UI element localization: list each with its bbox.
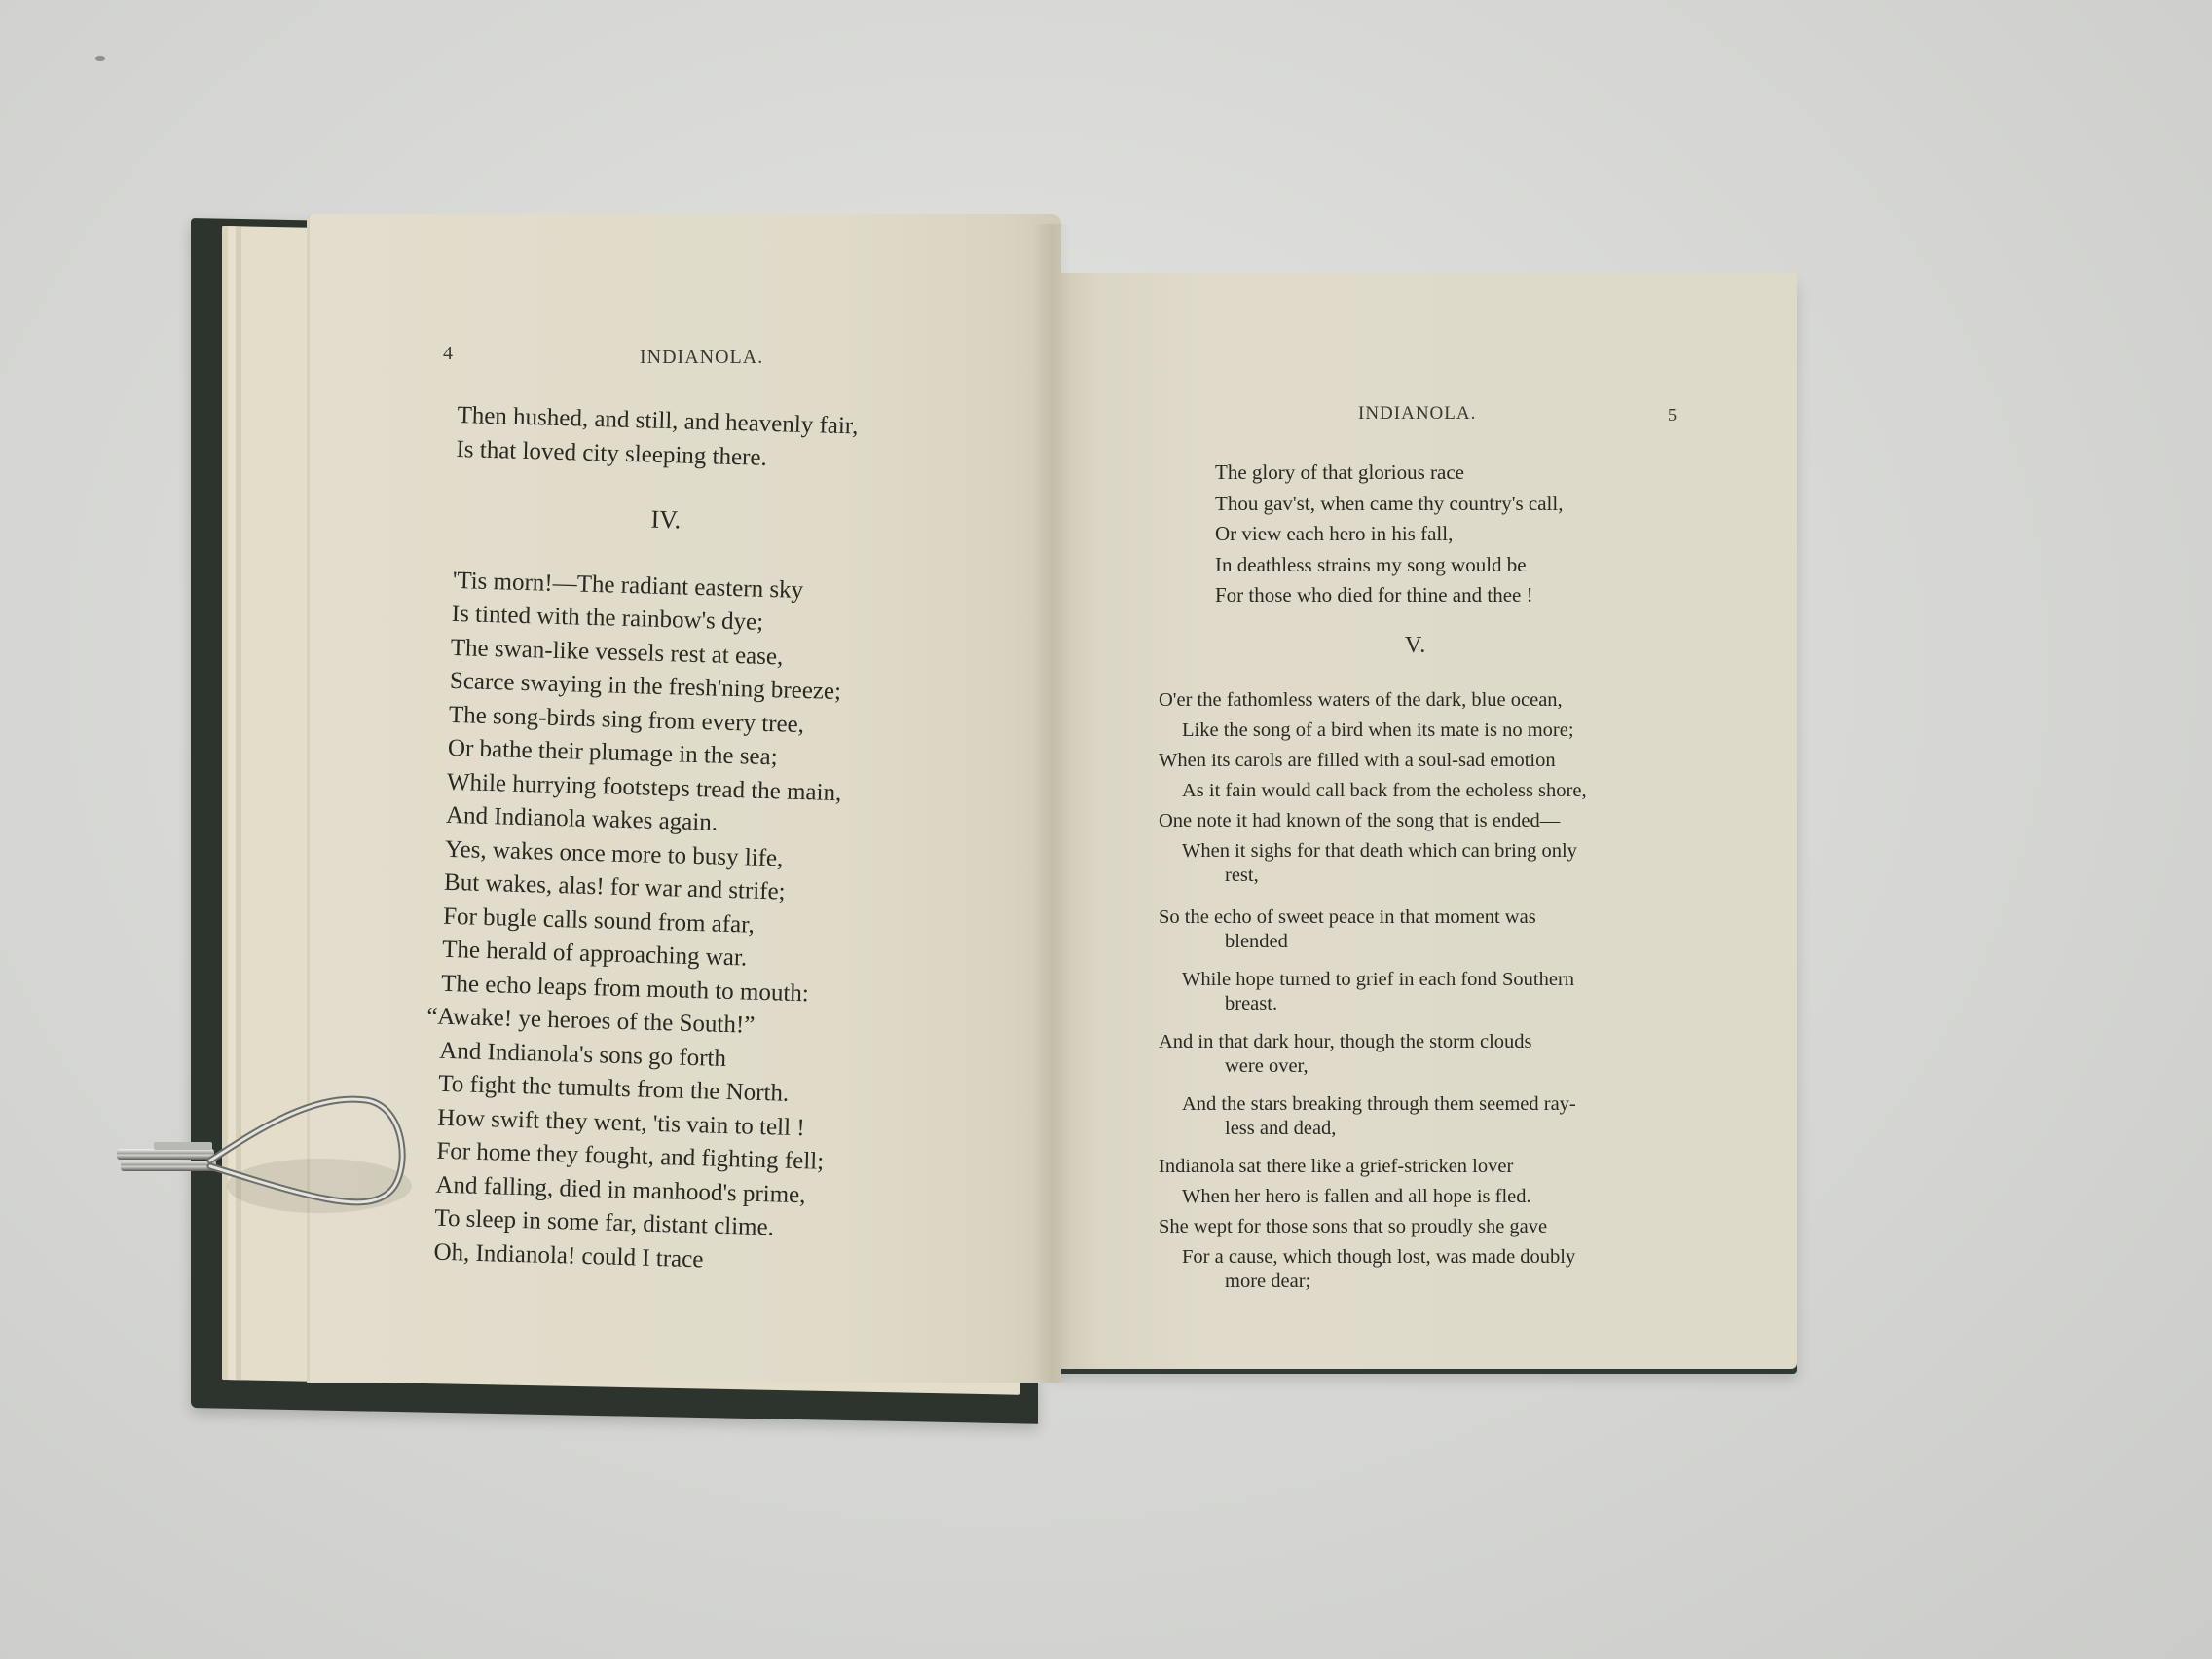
right-page-stanza-v: O'er the fathomless waters of the dark, … <box>1159 685 1587 1297</box>
verse-line: In deathless strains my song would be <box>1215 550 1563 581</box>
running-head-left: INDIANOLA. <box>640 347 763 369</box>
section-heading-v: V. <box>1405 633 1426 659</box>
dust-speck <box>95 56 105 61</box>
book-gutter <box>1032 224 1071 1382</box>
verse-line: Or view each hero in his fall, <box>1215 519 1563 550</box>
left-page-text: Then hushed, and still, and heavenly fai… <box>433 399 1003 1284</box>
verse-line: Thou gav'st, when came thy country's cal… <box>1215 489 1563 520</box>
right-page-opening: The glory of that glorious race Thou gav… <box>1215 458 1563 611</box>
verse-line: So the echo of sweet peace in that momen… <box>1159 903 1587 933</box>
verse-line: For those who died for thine and thee ! <box>1215 580 1563 611</box>
verse-line: One note it had known of the song that i… <box>1159 806 1587 836</box>
verse-line: For a cause, which though lost, was made… <box>1159 1242 1587 1272</box>
book-photo-scene: 4 INDIANOLA. Then hushed, and still, and… <box>0 0 2212 1659</box>
page-number-right: 5 <box>1668 405 1677 425</box>
verse-line: The glory of that glorious race <box>1215 458 1563 489</box>
page-number-left: 4 <box>443 343 454 365</box>
verse-line: When its carols are filled with a soul-s… <box>1159 746 1587 776</box>
verse-line: And in that dark hour, though the storm … <box>1159 1027 1587 1057</box>
verse-line: She wept for those sons that so proudly … <box>1159 1212 1587 1242</box>
verse-line: O'er the fathomless waters of the dark, … <box>1159 685 1587 716</box>
verse-line: And the stars breaking through them seem… <box>1159 1089 1587 1120</box>
binder-clip-icon <box>115 1088 417 1220</box>
verse-line: As it fain would call back from the echo… <box>1159 776 1587 806</box>
running-head-right: INDIANOLA. <box>1358 403 1476 424</box>
verse-line: While hope turned to grief in each fond … <box>1159 965 1587 995</box>
verse-line: When her hero is fallen and all hope is … <box>1159 1182 1587 1212</box>
verse-line: When it sighs for that death which can b… <box>1159 836 1587 866</box>
verse-line: Indianola sat there like a grief-stricke… <box>1159 1152 1587 1182</box>
verse-line: Like the song of a bird when its mate is… <box>1159 716 1587 746</box>
